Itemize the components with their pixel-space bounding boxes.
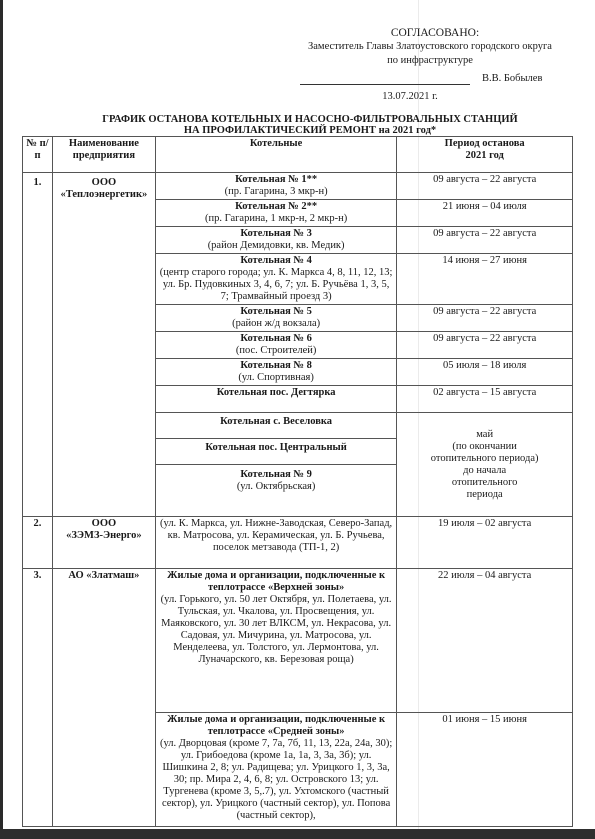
approval-block: СОГЛАСОВАНО: Заместитель Главы Златоусто… (270, 26, 590, 86)
boiler-cell: Котельная № 8(ул. Спортивная) (155, 359, 396, 386)
boiler-cell: Котельная № 4(центр старого города; ул. … (155, 254, 396, 305)
boiler-cell: (ул. К. Маркса, ул. Нижне-Заводская, Сев… (155, 517, 396, 569)
boiler-cell: Жилые дома и организации, подключенные к… (155, 569, 396, 713)
header-boilers: Котельные (155, 137, 396, 173)
period-cell: 05 июля – 18 июля (397, 359, 573, 386)
period-cell: 22 июля – 04 августа (397, 569, 573, 713)
scan-left-edge (0, 0, 3, 839)
signature-row: В.В. Бобылев 13.07.2021 г. (270, 72, 590, 86)
approval-date: 13.07.2021 г. (350, 90, 470, 104)
header-enterprise: Наименование предприятия (52, 137, 155, 173)
boiler-cell: Жилые дома и организации, подключенные к… (155, 713, 396, 827)
signature-line (300, 84, 470, 85)
enterprise-name: АО «Златмаш» (52, 569, 155, 827)
period-cell: 14 июня – 27 июня (397, 254, 573, 305)
table-row: 1. ООО «Теплоэнергетик» Котельная № 1**(… (23, 173, 573, 200)
boiler-cell: Котельная № 1**(пр. Гагарина, 3 мкр-н) (155, 173, 396, 200)
schedule-table: № п/п Наименование предприятия Котельные… (22, 136, 573, 827)
period-cell: 09 августа – 22 августа (397, 173, 573, 200)
enterprise-name: ООО «ЗЭМЗ-Энерго» (52, 517, 155, 569)
period-cell: 01 июня – 15 июня (397, 713, 573, 827)
approval-position-line2: по инфраструктуре (270, 54, 590, 68)
document-title-line2: НА ПРОФИЛАКТИЧЕСКИЙ РЕМОНТ на 2021 год* (40, 125, 580, 136)
boiler-cell: Котельная № 9(ул. Октябрьская) (155, 465, 396, 517)
boiler-cell: Котельная № 3(район Демидовки, кв. Медик… (155, 227, 396, 254)
period-cell: 02 августа – 15 августа (397, 386, 573, 413)
row-num: 3. (23, 569, 53, 827)
signatory-name: В.В. Бобылев (482, 72, 542, 86)
table-row: 2. ООО «ЗЭМЗ-Энерго» (ул. К. Маркса, ул.… (23, 517, 573, 569)
row-num: 1. (23, 173, 53, 517)
document-title-line1: ГРАФИК ОСТАНОВА КОТЕЛЬНЫХ И НАСОСНО-ФИЛЬ… (40, 114, 580, 125)
table-header-row: № п/п Наименование предприятия Котельные… (23, 137, 573, 173)
period-cell: 21 июня – 04 июля (397, 200, 573, 227)
boiler-cell: Котельная № 5(район ж/д вокзала) (155, 305, 396, 332)
boiler-cell: Котельная № 2**(пр. Гагарина, 1 мкр-н, 2… (155, 200, 396, 227)
document-title: ГРАФИК ОСТАНОВА КОТЕЛЬНЫХ И НАСОСНО-ФИЛЬ… (40, 114, 580, 136)
scan-bottom-edge (0, 829, 595, 839)
period-cell: 19 июля – 02 августа (397, 517, 573, 569)
boiler-cell: Котельная № 6(пос. Строителей) (155, 332, 396, 359)
header-period: Период останова 2021 год (397, 137, 573, 173)
shared-period-cell: май (по окончании отопительного периода)… (397, 413, 573, 517)
header-num: № п/п (23, 137, 53, 173)
boiler-cell: Котельная с. Веселовка (155, 413, 396, 439)
table-row: 3. АО «Златмаш» Жилые дома и организации… (23, 569, 573, 713)
approval-position: Заместитель Главы Златоустовского городс… (270, 40, 590, 54)
boiler-cell: Котельная пос. Центральный (155, 439, 396, 465)
period-cell: 09 августа – 22 августа (397, 227, 573, 254)
enterprise-name: ООО «Теплоэнергетик» (52, 173, 155, 517)
approval-title: СОГЛАСОВАНО: (270, 26, 590, 40)
period-cell: 09 августа – 22 августа (397, 332, 573, 359)
period-cell: 09 августа – 22 августа (397, 305, 573, 332)
row-num: 2. (23, 517, 53, 569)
boiler-cell: Котельная пос. Дегтярка (155, 386, 396, 413)
